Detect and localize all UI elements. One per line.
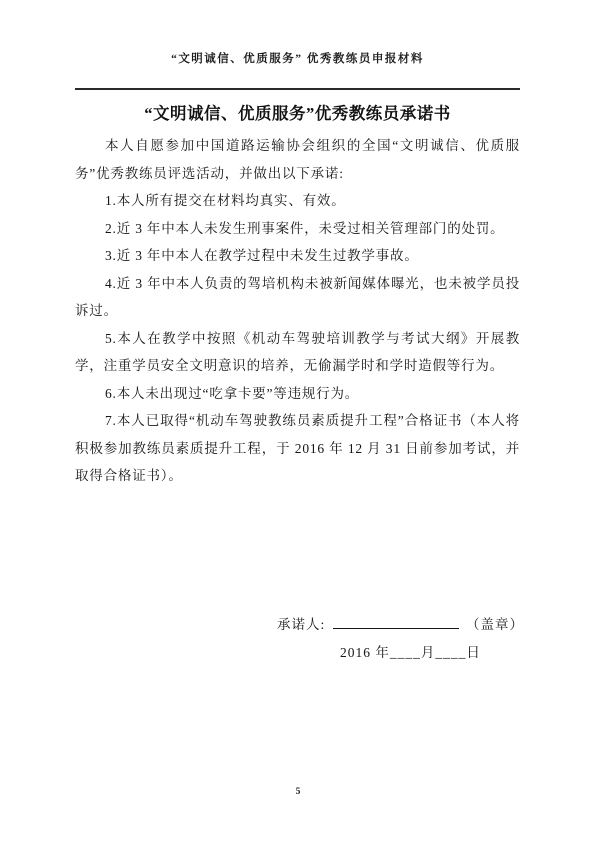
- seal-label: （盖章）: [466, 617, 524, 632]
- commitment-item-4: 4.近 3 年中本人负责的驾培机构未被新闻媒体曝光，也未被学员投诉过。: [75, 270, 520, 325]
- intro-paragraph: 本人自愿参加中国道路运输协会组织的全国“文明诚信、优质服务”优秀教练员评选活动，…: [75, 132, 520, 187]
- page-content: “文明诚信、优质服务” 优秀教练员申报材料 “文明诚信、优质服务”优秀教练员承诺…: [75, 0, 520, 663]
- commitment-item-3: 3.近 3 年中本人在教学过程中未发生过教学事故。: [75, 242, 520, 270]
- commitment-item-5: 5.本人在教学中按照《机动车驾驶培训教学与考试大纲》开展教学，注重学员安全文明意…: [75, 325, 520, 380]
- signer-row: 承诺人: （盖章）: [75, 610, 520, 640]
- page-number: 5: [0, 787, 596, 797]
- document-body: 本人自愿参加中国道路运输协会组织的全国“文明诚信、优质服务”优秀教练员评选活动，…: [75, 132, 520, 490]
- commitment-item-7: 7.本人已取得“机动车驾驶教练员素质提升工程”合格证书（本人将积极参加教练员素质…: [75, 407, 520, 490]
- page-header: “文明诚信、优质服务” 优秀教练员申报材料: [75, 0, 520, 67]
- header-text: “文明诚信、优质服务” 优秀教练员申报材料: [171, 53, 424, 65]
- commitment-item-2: 2.近 3 年中本人未发生刑事案件，未受过相关管理部门的处罚。: [75, 215, 520, 243]
- document-title: “文明诚信、优质服务”优秀教练员承诺书: [75, 102, 520, 126]
- signer-label: 承诺人:: [277, 617, 325, 632]
- signature-block: 承诺人: （盖章） 2016 年____月____日: [75, 610, 520, 663]
- commitment-item-1: 1.本人所有提交在材料均真实、有效。: [75, 187, 520, 215]
- date-line: 2016 年____月____日: [75, 643, 520, 663]
- header-divider: [75, 88, 520, 90]
- signature-blank-line: [333, 614, 459, 629]
- document-page: “文明诚信、优质服务” 优秀教练员申报材料 “文明诚信、优质服务”优秀教练员承诺…: [0, 0, 596, 842]
- commitment-item-6: 6.本人未出现过“吃拿卡要”等违规行为。: [75, 380, 520, 408]
